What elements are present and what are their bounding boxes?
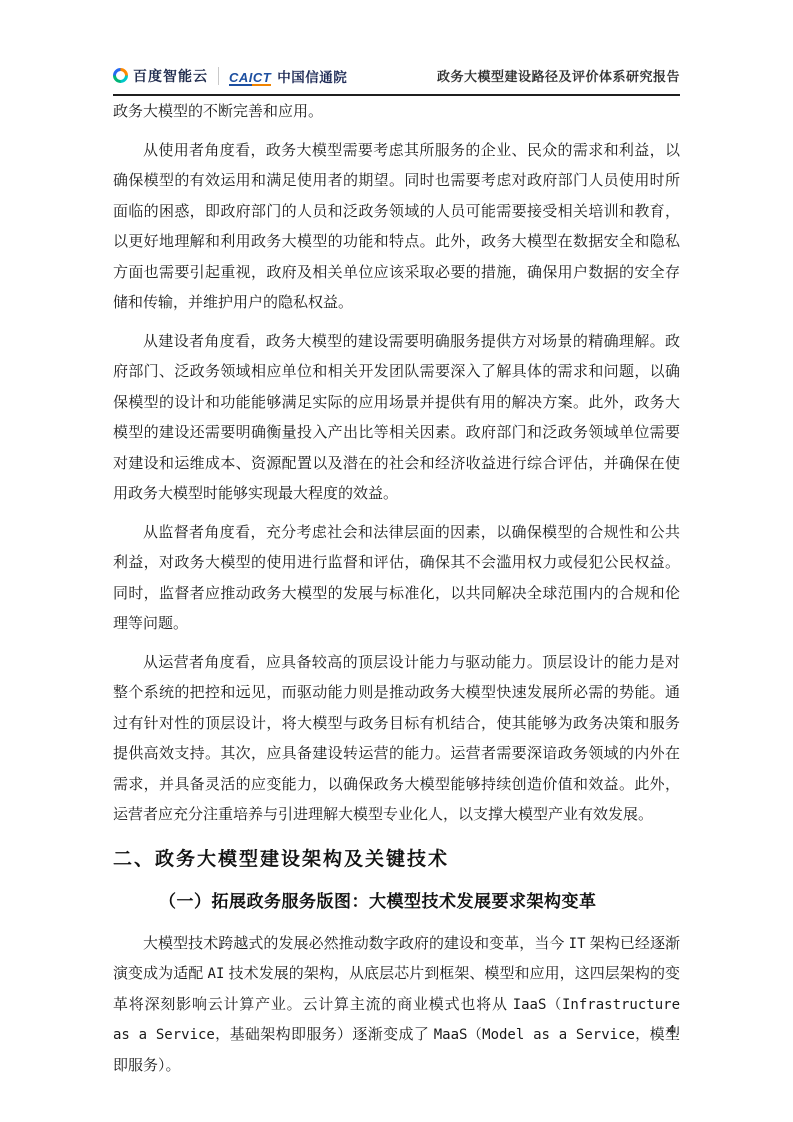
document-body: 政务大模型的不断完善和应用。 从使用者角度看，政务大模型需要考虑其所服务的企业、… xyxy=(113,96,680,1081)
report-title: 政务大模型建设路径及评价体系研究报告 xyxy=(437,66,680,85)
text-segment-en: MaaS（Model as a Service， xyxy=(434,1027,650,1043)
paragraph-builder-perspective: 从建设者角度看，政务大模型的建设需要明确服务提供方对场景的精确理解。政府部门、泛… xyxy=(113,327,680,510)
logo-divider xyxy=(218,67,219,85)
document-page: 百度智能云 CAICT 中国信通院 政务大模型建设路径及评价体系研究报告 政务大… xyxy=(0,0,793,1122)
paragraph-user-perspective: 从使用者角度看，政务大模型需要考虑其所服务的企业、民众的需求和利益，以确保模型的… xyxy=(113,136,680,319)
text-segment: 大模型技术跨越式的发展必然推动数字政府的建设和变革，当今 xyxy=(143,935,569,952)
baidu-logo-text: 百度智能云 xyxy=(133,66,208,86)
paragraph-tech-architecture: 大模型技术跨越式的发展必然推动数字政府的建设和变革，当今 IT 架构已经逐渐演变… xyxy=(113,929,680,1082)
baidu-cloud-logo: 百度智能云 xyxy=(113,66,208,86)
text-segment: 基础架构即服务）逐渐变成了 xyxy=(230,1026,434,1043)
baidu-cloud-icon xyxy=(113,68,128,83)
paragraph-continuation: 政务大模型的不断完善和应用。 xyxy=(113,96,680,128)
paragraph-operator-perspective: 从运营者角度看，应具备较高的顶层设计能力与驱动能力。顶层设计的能力是对整个系统的… xyxy=(113,648,680,831)
text-segment-en: IT xyxy=(569,936,586,952)
page-header: 百度智能云 CAICT 中国信通院 政务大模型建设路径及评价体系研究报告 xyxy=(113,0,680,96)
caict-name-text: 中国信通院 xyxy=(277,66,347,86)
caict-logo-text: CAICT xyxy=(229,71,271,86)
caict-logo: CAICT 中国信通院 xyxy=(229,66,347,86)
header-logos: 百度智能云 CAICT 中国信通院 xyxy=(113,66,347,86)
text-segment-en: AI xyxy=(208,966,225,982)
section-heading: 二、政务大模型建设架构及关键技术 xyxy=(113,844,680,876)
subsection-heading: （一）拓展政务服务版图：大模型技术发展要求架构变革 xyxy=(113,887,680,917)
paragraph-supervisor-perspective: 从监督者角度看，充分考虑社会和法律层面的因素，以确保模型的合规性和公共利益，对政… xyxy=(113,518,680,640)
page-number: 4 xyxy=(668,1022,675,1037)
